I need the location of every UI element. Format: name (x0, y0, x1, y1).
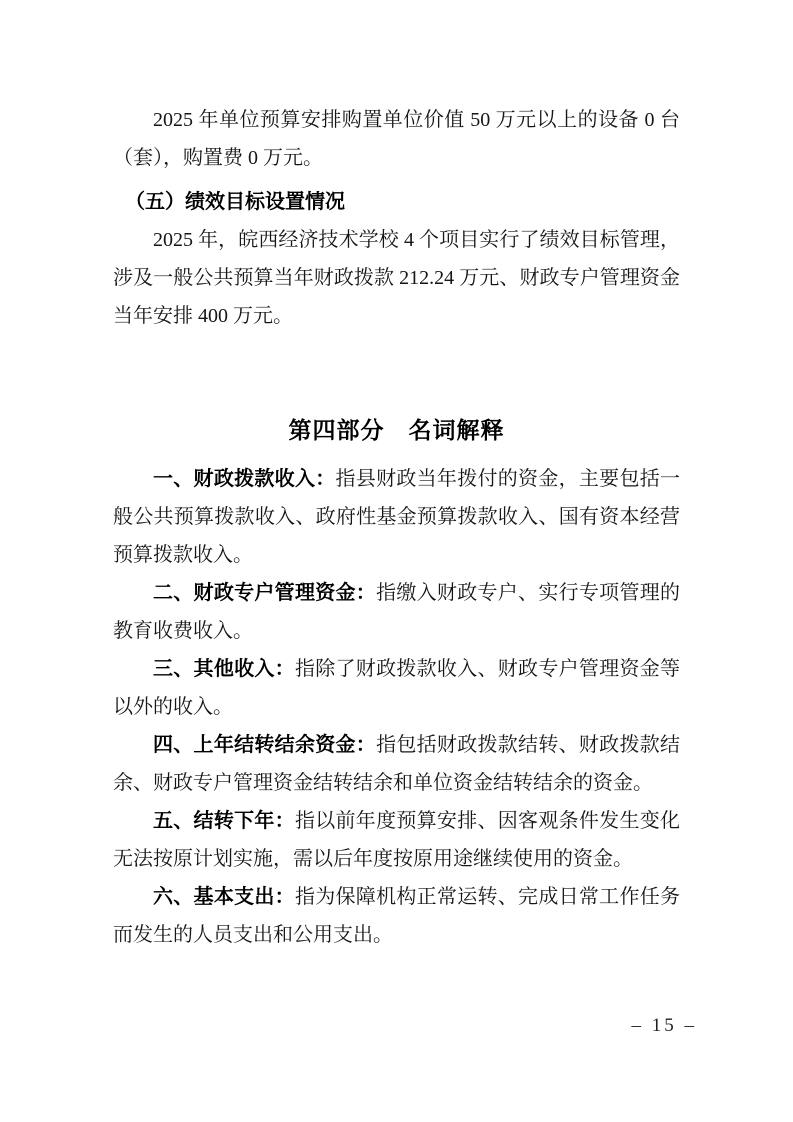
equipment-purchase-paragraph: 2025 年单位预算安排购置单位价值 50 万元以上的设备 0 台（套），购置费… (113, 101, 680, 177)
subsection-heading-performance-targets: （五）绩效目标设置情况 (113, 183, 680, 221)
page-content: 2025 年单位预算安排购置单位价值 50 万元以上的设备 0 台（套），购置费… (113, 101, 680, 954)
definition-term-2: 二、财政专户管理资金： (153, 582, 376, 604)
definition-paragraph-3: 三、其他收入：指除了财政拨款收入、财政专户管理资金等以外的收入。 (113, 650, 680, 726)
definition-paragraph-4: 四、上年结转结余资金：指包括财政拨款结转、财政拨款结余、财政专户管理资金结转结余… (113, 726, 680, 802)
definition-term-1: 一、财政拨款收入： (153, 468, 336, 490)
definition-paragraph-2: 二、财政专户管理资金：指缴入财政专户、实行专项管理的教育收费收入。 (113, 574, 680, 650)
performance-targets-paragraph: 2025 年，皖西经济技术学校 4 个项目实行了绩效目标管理，涉及一般公共预算当… (113, 221, 680, 335)
definition-paragraph-1: 一、财政拨款收入：指县财政当年拨付的资金，主要包括一般公共预算拨款收入、政府性基… (113, 460, 680, 574)
page-number: – 15 – (632, 1011, 698, 1041)
definition-term-6: 六、基本支出： (153, 886, 295, 908)
document-page: 2025 年单位预算安排购置单位价值 50 万元以上的设备 0 台（套），购置费… (0, 0, 793, 1122)
definition-paragraph-5: 五、结转下年：指以前年度预算安排、因客观条件发生变化无法按原计划实施，需以后年度… (113, 802, 680, 878)
definition-term-4: 四、上年结转结余资金： (153, 734, 376, 756)
section-title-glossary: 第四部分 名词解释 (113, 408, 680, 452)
definition-term-3: 三、其他收入： (153, 658, 295, 680)
definition-paragraph-6: 六、基本支出：指为保障机构正常运转、完成日常工作任务而发生的人员支出和公用支出。 (113, 878, 680, 954)
definition-term-5: 五、结转下年： (153, 810, 295, 832)
